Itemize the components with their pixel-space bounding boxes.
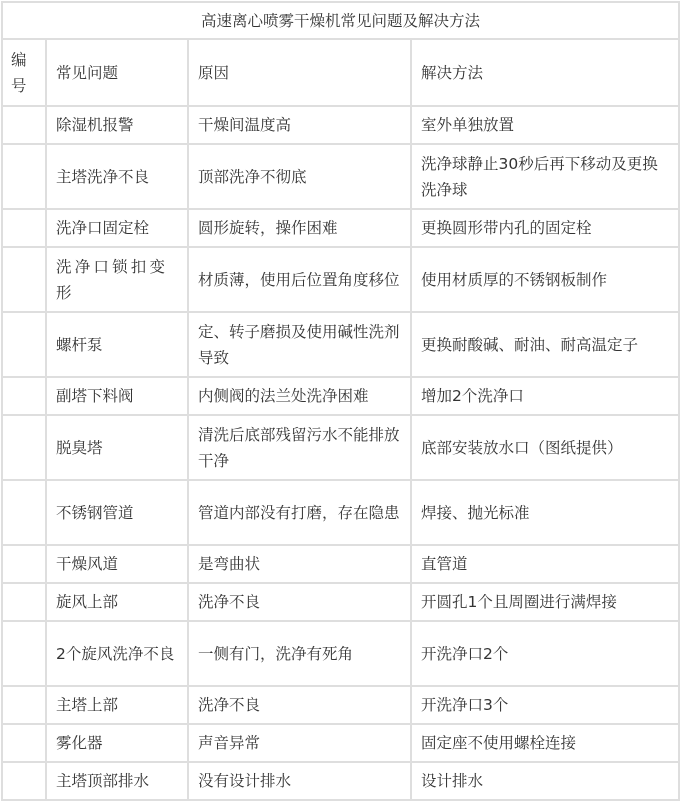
- header-solution: 解决方法: [411, 39, 679, 106]
- row-solution: 更换圆形带内孔的固定栓: [411, 209, 679, 247]
- header-row: 编号 常见问题 原因 解决方法: [2, 39, 679, 106]
- row-number: [2, 209, 46, 247]
- row-cause: 洗净不良: [188, 583, 411, 621]
- row-cause: 管道内部没有打磨，存在隐患: [188, 480, 411, 545]
- row-problem: 不锈钢管道: [46, 480, 188, 545]
- row-solution: 底部安装放水口（图纸提供）: [411, 415, 679, 480]
- row-solution: 焊接、抛光标准: [411, 480, 679, 545]
- row-problem: 雾化器: [46, 724, 188, 762]
- row-cause: 声音异常: [188, 724, 411, 762]
- table-row: 主塔上部 洗净不良 开洗净口3个: [2, 686, 679, 724]
- row-number: [2, 377, 46, 415]
- table-row: 脱臭塔 清洗后底部残留污水不能排放干净 底部安装放水口（图纸提供）: [2, 415, 679, 480]
- row-solution: 开圆孔1个且周圈进行满焊接: [411, 583, 679, 621]
- row-problem: 除湿机报警: [46, 106, 188, 144]
- row-cause: 定、转子磨损及使用碱性洗剂导致: [188, 312, 411, 377]
- row-cause: 干燥间温度高: [188, 106, 411, 144]
- table-row: 主塔顶部排水 没有设计排水 设计排水: [2, 762, 679, 800]
- row-problem: 脱臭塔: [46, 415, 188, 480]
- row-problem: 洗净口锁扣变形: [46, 247, 188, 312]
- row-number: [2, 545, 46, 583]
- row-cause: 是弯曲状: [188, 545, 411, 583]
- row-cause: 内侧阀的法兰处洗净困难: [188, 377, 411, 415]
- row-number: [2, 312, 46, 377]
- row-problem: 洗净口固定栓: [46, 209, 188, 247]
- table-row: 洗净口固定栓 圆形旋转，操作困难 更换圆形带内孔的固定栓: [2, 209, 679, 247]
- row-solution: 增加2个洗净口: [411, 377, 679, 415]
- header-cause: 原因: [188, 39, 411, 106]
- row-number: [2, 724, 46, 762]
- row-number: [2, 480, 46, 545]
- row-solution: 直管道: [411, 545, 679, 583]
- row-solution: 设计排水: [411, 762, 679, 800]
- row-problem: 旋风上部: [46, 583, 188, 621]
- row-number: [2, 106, 46, 144]
- row-solution: 洗净球静止30秒后再下移动及更换洗净球: [411, 144, 679, 209]
- faq-table: 高速离心喷雾干燥机常见问题及解决方法 编号 常见问题 原因 解决方法 除湿机报警…: [1, 1, 680, 801]
- table-row: 2个旋风洗净不良 一侧有门，洗净有死角 开洗净口2个: [2, 621, 679, 686]
- row-solution: 更换耐酸碱、耐油、耐高温定子: [411, 312, 679, 377]
- row-problem: 2个旋风洗净不良: [46, 621, 188, 686]
- row-number: [2, 621, 46, 686]
- row-problem: 主塔顶部排水: [46, 762, 188, 800]
- header-number: 编号: [2, 39, 46, 106]
- row-cause: 顶部洗净不彻底: [188, 144, 411, 209]
- row-problem: 副塔下料阀: [46, 377, 188, 415]
- row-problem: 干燥风道: [46, 545, 188, 583]
- table-row: 不锈钢管道 管道内部没有打磨，存在隐患 焊接、抛光标准: [2, 480, 679, 545]
- row-number: [2, 144, 46, 209]
- table-row: 副塔下料阀 内侧阀的法兰处洗净困难 增加2个洗净口: [2, 377, 679, 415]
- row-cause: 洗净不良: [188, 686, 411, 724]
- header-problem: 常见问题: [46, 39, 188, 106]
- row-cause: 没有设计排水: [188, 762, 411, 800]
- table-row: 螺杆泵 定、转子磨损及使用碱性洗剂导致 更换耐酸碱、耐油、耐高温定子: [2, 312, 679, 377]
- table-row: 旋风上部 洗净不良 开圆孔1个且周圈进行满焊接: [2, 583, 679, 621]
- row-cause: 清洗后底部残留污水不能排放干净: [188, 415, 411, 480]
- table-row: 雾化器 声音异常 固定座不使用螺栓连接: [2, 724, 679, 762]
- row-number: [2, 415, 46, 480]
- table-title: 高速离心喷雾干燥机常见问题及解决方法: [2, 2, 679, 39]
- table-row: 主塔洗净不良 顶部洗净不彻底 洗净球静止30秒后再下移动及更换洗净球: [2, 144, 679, 209]
- row-solution: 固定座不使用螺栓连接: [411, 724, 679, 762]
- row-problem: 主塔洗净不良: [46, 144, 188, 209]
- row-solution: 使用材质厚的不锈钢板制作: [411, 247, 679, 312]
- row-cause: 圆形旋转，操作困难: [188, 209, 411, 247]
- row-number: [2, 686, 46, 724]
- row-problem: 螺杆泵: [46, 312, 188, 377]
- row-solution: 开洗净口3个: [411, 686, 679, 724]
- table-row: 除湿机报警 干燥间温度高 室外单独放置: [2, 106, 679, 144]
- table-row: 洗净口锁扣变形 材质薄，使用后位置角度移位 使用材质厚的不锈钢板制作: [2, 247, 679, 312]
- row-problem: 主塔上部: [46, 686, 188, 724]
- row-number: [2, 762, 46, 800]
- row-solution: 室外单独放置: [411, 106, 679, 144]
- row-number: [2, 583, 46, 621]
- row-solution: 开洗净口2个: [411, 621, 679, 686]
- row-number: [2, 247, 46, 312]
- row-cause: 一侧有门，洗净有死角: [188, 621, 411, 686]
- table-row: 干燥风道 是弯曲状 直管道: [2, 545, 679, 583]
- row-cause: 材质薄，使用后位置角度移位: [188, 247, 411, 312]
